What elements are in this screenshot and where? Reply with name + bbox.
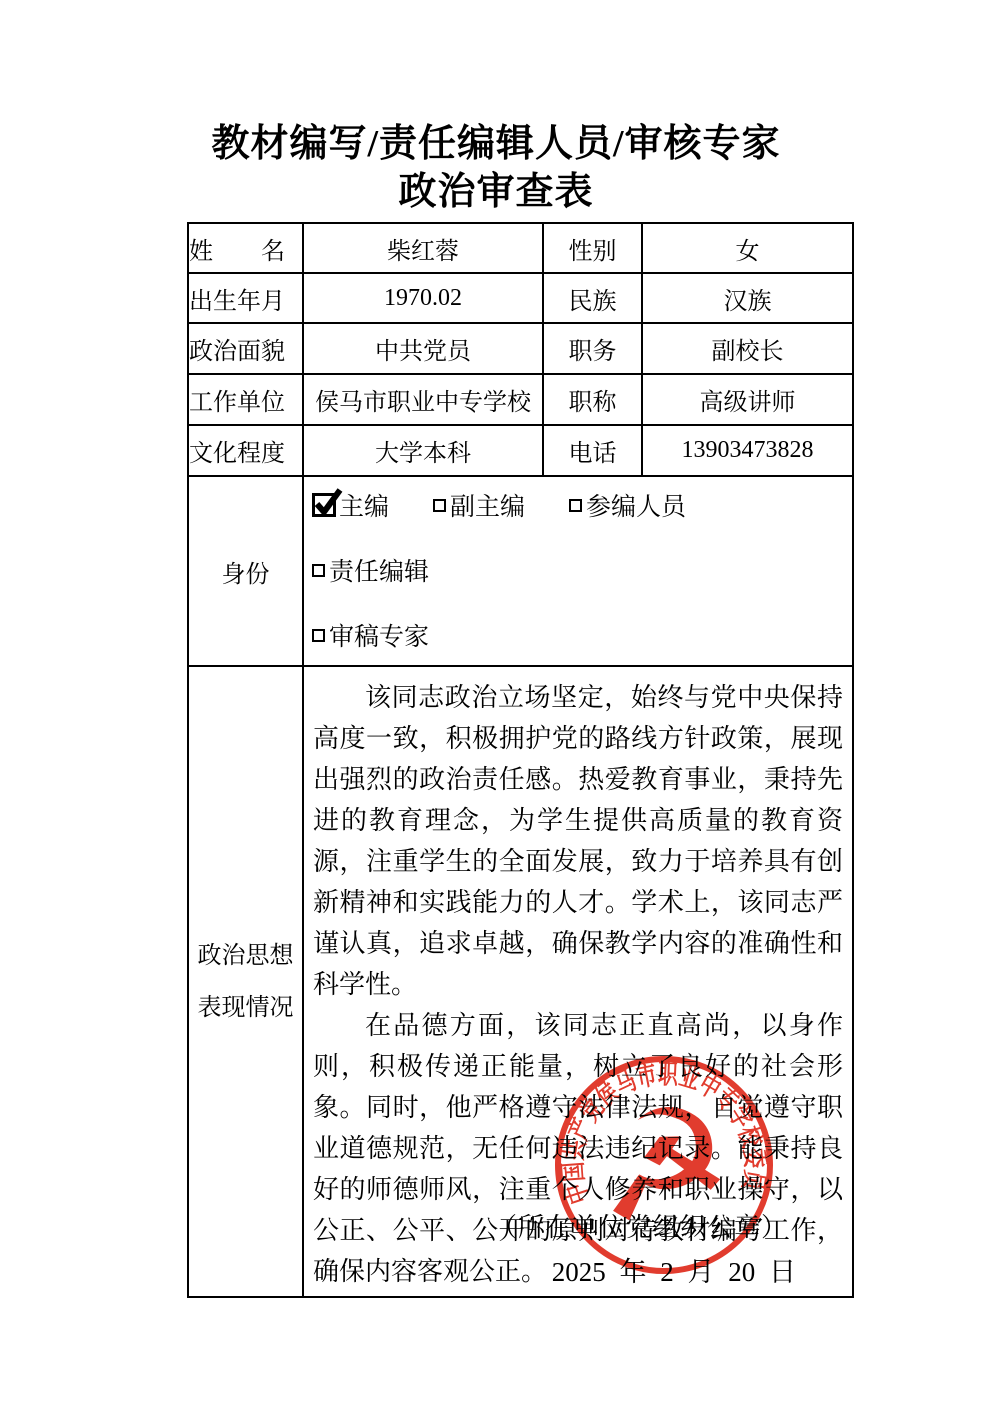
- table-row: 文化程度 大学本科 电话 13903473828: [188, 425, 853, 476]
- document-title-line2: 政治审查表: [0, 168, 992, 216]
- checkbox-empty-icon[interactable]: [433, 499, 446, 512]
- checkbox-checked-icon[interactable]: [312, 493, 336, 517]
- checkbox-label: 责任编辑: [329, 552, 429, 588]
- work-unit-value: 侯马市职业中专学校: [303, 374, 543, 425]
- checkbox-label: 主编: [339, 487, 389, 523]
- checkbox-option-deputy-editor[interactable]: 副主编: [433, 487, 525, 523]
- review-section-label: 政治思想 表现情况: [188, 666, 303, 1297]
- identity-row: 身份 主编 副主编 参编人员: [188, 476, 853, 666]
- identity-label: 身份: [188, 476, 303, 666]
- title-value: 高级讲师: [642, 374, 853, 425]
- checkbox-empty-icon[interactable]: [312, 564, 325, 577]
- position-label: 职务: [543, 323, 642, 374]
- political-status-value: 中共党员: [303, 323, 543, 374]
- review-text: 该同志政治立场坚定，始终与党中央保持高度一致，积极拥护党的路线方针政策，展现出强…: [304, 671, 852, 1292]
- gender-label: 性别: [543, 223, 642, 273]
- review-row: 政治思想 表现情况 该同志政治立场坚定，始终与党中央保持高度一致，积极拥护党的路…: [188, 666, 853, 1297]
- table-row: 工作单位 侯马市职业中专学校 职称 高级讲师: [188, 374, 853, 425]
- checkbox-option-review-expert[interactable]: 审稿专家: [312, 617, 429, 653]
- phone-value: 13903473828: [642, 425, 853, 476]
- checkbox-option-contributor[interactable]: 参编人员: [569, 487, 686, 523]
- seal-caption: （所在单位党组织公章）: [491, 1207, 788, 1244]
- title-label: 职称: [543, 374, 642, 425]
- name-value: 柴红蓉: [303, 223, 543, 273]
- political-review-table: 姓 名 柴红蓉 性别 女 出生年月 1970.02 民族 汉族 政治面貌 中共党…: [187, 222, 854, 1298]
- checkbox-label: 参编人员: [586, 487, 686, 523]
- checkbox-empty-icon[interactable]: [569, 499, 582, 512]
- review-section-label-line1: 政治思想: [189, 941, 302, 971]
- identity-options: 主编 副主编 参编人员 责: [304, 477, 852, 665]
- date-line: 2025 年 2 月 20 日: [552, 1250, 796, 1289]
- document-title: 教材编写/责任编辑人员/审核专家 政治审查表: [0, 120, 992, 216]
- document-title-line1: 教材编写/责任编辑人员/审核专家: [0, 120, 992, 168]
- ethnicity-label: 民族: [543, 273, 642, 323]
- work-unit-label: 工作单位: [188, 374, 303, 425]
- table-row: 政治面貌 中共党员 职务 副校长: [188, 323, 853, 374]
- education-label: 文化程度: [188, 425, 303, 476]
- checkbox-label: 审稿专家: [329, 617, 429, 653]
- birthdate-value: 1970.02: [303, 273, 543, 323]
- birthdate-label: 出生年月: [188, 273, 303, 323]
- name-label: 姓 名: [188, 223, 303, 273]
- ethnicity-value: 汉族: [642, 273, 853, 323]
- review-section-label-line2: 表现情况: [189, 993, 302, 1023]
- phone-label: 电话: [543, 425, 642, 476]
- table-row: 出生年月 1970.02 民族 汉族: [188, 273, 853, 323]
- political-status-label: 政治面貌: [188, 323, 303, 374]
- table-row: 姓 名 柴红蓉 性别 女: [188, 223, 853, 273]
- checkbox-empty-icon[interactable]: [312, 629, 325, 642]
- gender-value: 女: [642, 223, 853, 273]
- review-paragraph-1: 该同志政治立场坚定，始终与党中央保持高度一致，积极拥护党的路线方针政策，展现出强…: [313, 677, 843, 1005]
- review-paragraph-2: 在品德方面，该同志正直高尚，以身作则，积极传递正能量，树立了良好的社会形象。同时…: [313, 1005, 843, 1292]
- checkbox-option-responsible-editor[interactable]: 责任编辑: [312, 552, 429, 588]
- political-review-form-page: 教材编写/责任编辑人员/审核专家 政治审查表 姓 名 柴红蓉 性别 女 出生年月…: [0, 0, 992, 1403]
- education-value: 大学本科: [303, 425, 543, 476]
- checkbox-label: 副主编: [450, 487, 525, 523]
- position-value: 副校长: [642, 323, 853, 374]
- checkbox-option-chief-editor[interactable]: 主编: [312, 487, 389, 523]
